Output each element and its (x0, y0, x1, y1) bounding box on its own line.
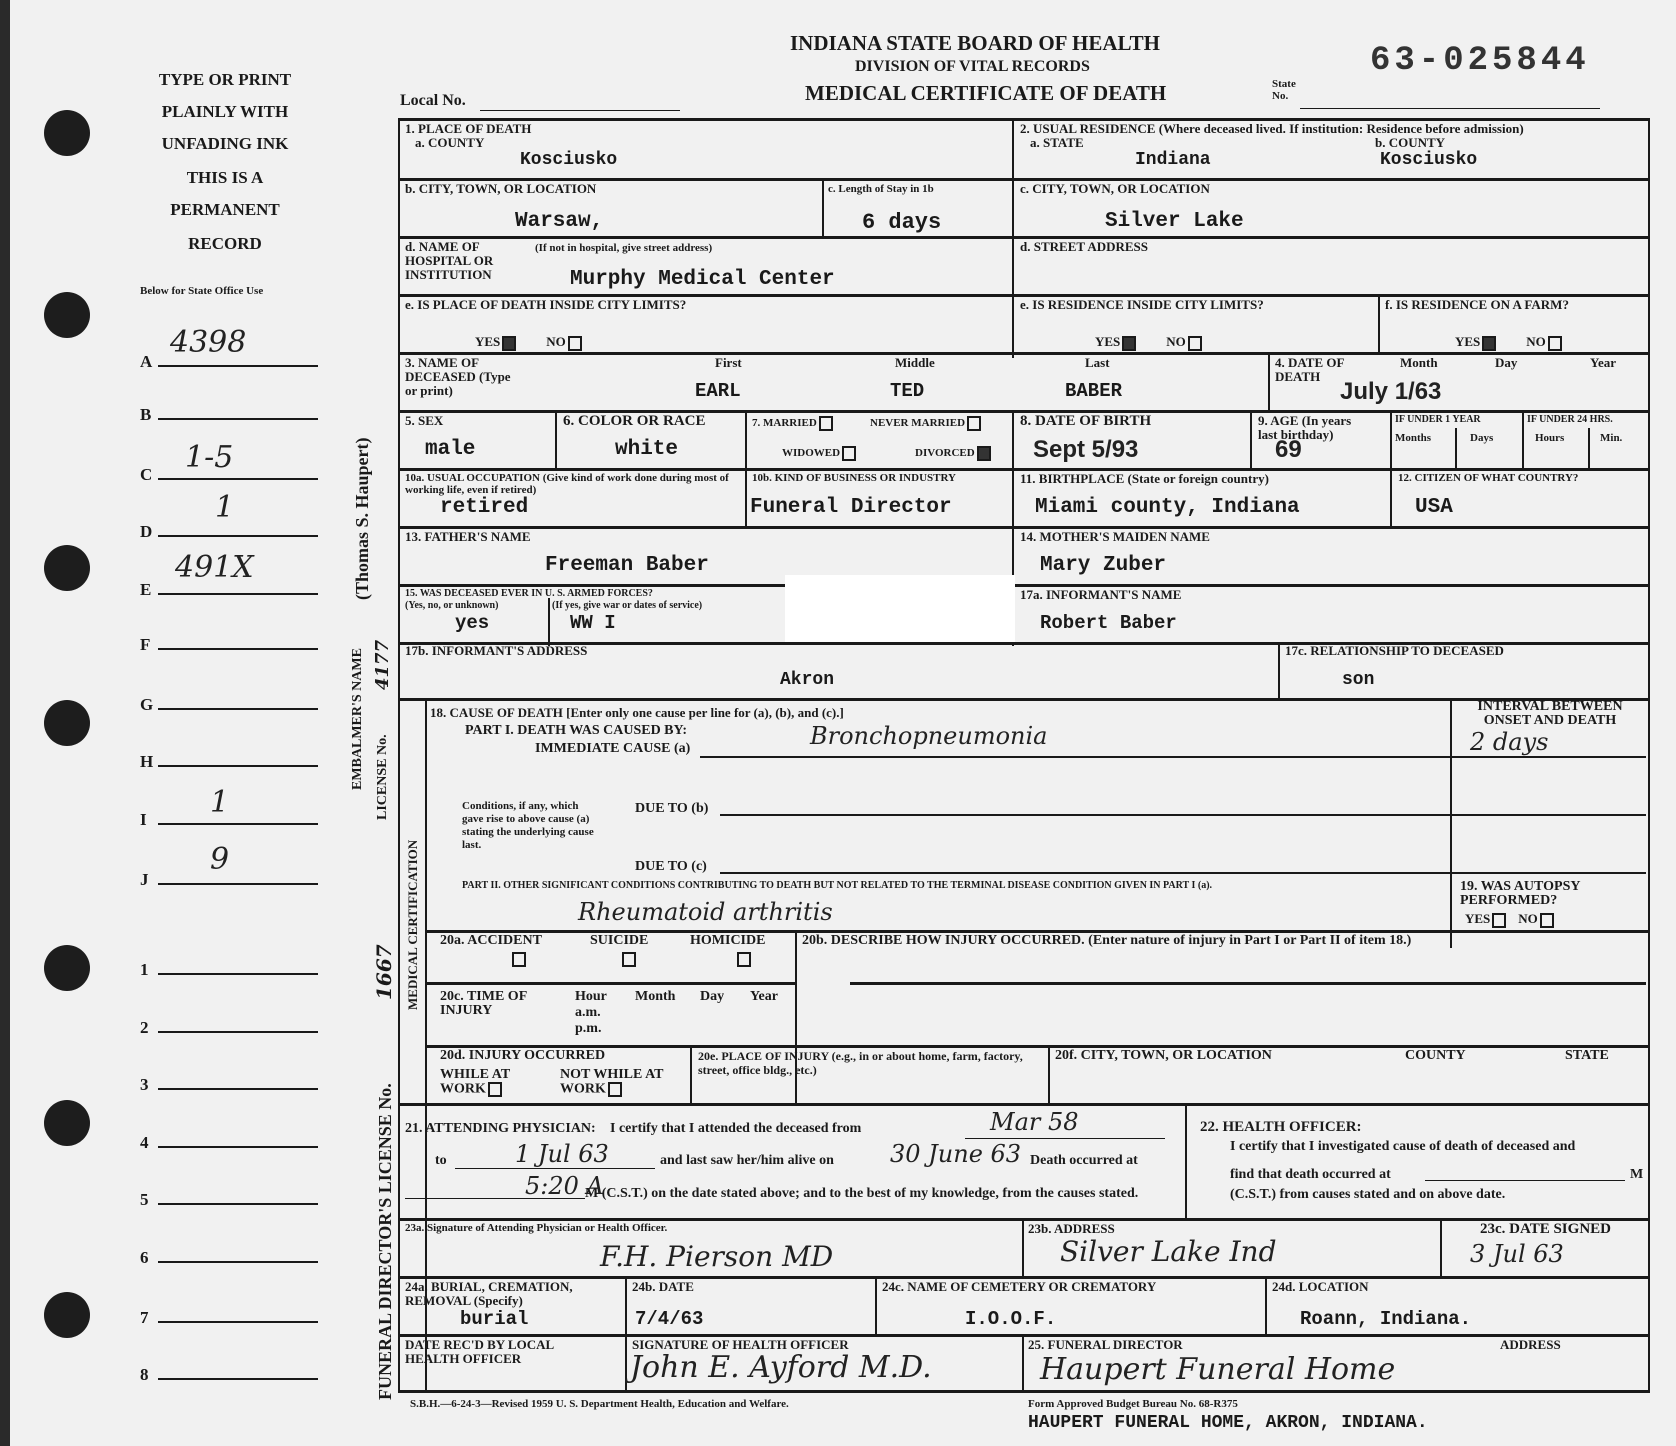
field-label: 24d. LOCATION (1272, 1280, 1369, 1294)
budget-bureau: Form Approved Budget Bureau No. 68-R375 (1028, 1398, 1238, 1410)
field-label: find that death occurred at (1230, 1168, 1391, 1182)
birthplace: Miami county, Indiana (1035, 496, 1300, 519)
field-label: 12. CITIZEN OF WHAT COUNTRY? (1398, 472, 1578, 484)
field-label: Middle (895, 356, 935, 370)
rule (398, 1334, 1650, 1337)
field-label: DUE TO (b) (635, 802, 708, 816)
code-line (158, 418, 318, 420)
residence-state: Indiana (1135, 150, 1211, 170)
field-label: IMMEDIATE CAUSE (a) (535, 742, 690, 756)
rule (1022, 1218, 1024, 1276)
rule (965, 1138, 1165, 1139)
rule (425, 982, 795, 985)
field-label: (Yes, no, or unknown) (405, 600, 498, 611)
autopsy-choice[interactable]: YESNO (1465, 912, 1554, 928)
local-no-label: Local No. (400, 94, 466, 108)
field-label: (If not in hospital, give street address… (535, 242, 712, 254)
interval: 2 days (1470, 728, 1548, 756)
field-label: Month (1400, 356, 1438, 370)
field-label: Month (635, 990, 675, 1004)
field-label: b. COUNTY (1375, 136, 1445, 150)
rule (1522, 410, 1524, 468)
field-label: c. CITY, TOWN, OR LOCATION (1020, 182, 1210, 196)
age: 69 (1275, 436, 1302, 464)
field-label: 8. DATE OF BIRTH (1020, 414, 1151, 428)
state-no-label: State No. (1272, 78, 1312, 102)
field-label: 3. NAME OF DECEASED (Type or print) (405, 356, 525, 398)
field-label: 18. CAUSE OF DEATH [Enter only one cause… (430, 706, 844, 720)
code-line (158, 365, 318, 367)
division-title: DIVISION OF VITAL RECORDS (855, 60, 1090, 74)
code-line (158, 883, 318, 885)
fd-license: 1667 (372, 944, 396, 1000)
relationship: son (1342, 670, 1374, 690)
field-label: a.m. (575, 1006, 601, 1020)
form-id: S.B.H.—6-24-3—Revised 1959 U. S. Departm… (410, 1398, 789, 1410)
rule (548, 598, 550, 646)
field-label: I certify that I attended the deceased f… (610, 1122, 861, 1136)
immediate-line (700, 756, 1450, 758)
field-label: 15. WAS DECEASED EVER IN U. S. ARMED FOR… (405, 588, 653, 599)
mother-name: Mary Zuber (1040, 554, 1166, 577)
war-service: WW I (570, 612, 616, 634)
field-label: Year (750, 990, 778, 1004)
field-label: a. STATE (1030, 136, 1084, 150)
rule (398, 1103, 1650, 1106)
stay-length: 6 days (862, 210, 941, 235)
field-label: 20d. INJURY OCCURRED (440, 1049, 605, 1063)
field-label: 20f. CITY, TOWN, OR LOCATION (1055, 1049, 1272, 1063)
redacted-area (785, 575, 1015, 645)
code-line (158, 1203, 318, 1205)
immediate-cause: Bronchopneumonia (810, 722, 1048, 750)
field-label: Day (1495, 356, 1517, 370)
state-office-label: Below for State Office Use (140, 285, 263, 297)
rule (1185, 1103, 1187, 1219)
rule (1250, 410, 1252, 468)
code-letter: E (140, 580, 151, 600)
rule (1268, 352, 1270, 410)
field-label: 20e. PLACE OF INJURY (e.g., in or about … (698, 1049, 1038, 1077)
instruction-line: TYPE OR PRINT (115, 70, 335, 90)
part2-conditions: Rheumatoid arthritis (578, 898, 833, 926)
rule (875, 1276, 877, 1334)
rule (1440, 1218, 1442, 1276)
rule (1265, 1276, 1267, 1334)
field-label: 1. PLACE OF DEATH (405, 122, 531, 136)
instruction-line: THIS IS A (115, 168, 335, 188)
hospital-name: Murphy Medical Center (570, 268, 835, 291)
field-label: Hour (575, 990, 607, 1004)
field-label: d. STREET ADDRESS (1020, 240, 1148, 254)
attended-to: 1 Jul 63 (515, 1140, 609, 1168)
rule (1022, 1334, 1024, 1390)
code-value: 4398 (170, 325, 246, 360)
burial-location: Roann, Indiana. (1300, 1308, 1471, 1330)
field-label: IF UNDER 1 YEAR (1395, 414, 1481, 425)
code-line (158, 478, 318, 480)
last-saw-date: 30 June 63 (890, 1140, 1021, 1168)
death-city: Warsaw, (515, 210, 603, 233)
rule (1588, 428, 1590, 468)
embalmer-license: 4177 (372, 640, 393, 690)
rule (745, 468, 747, 526)
middle-name: TED (890, 380, 924, 402)
instruction-line: RECORD (115, 234, 335, 254)
rule (1452, 756, 1646, 758)
code-letter: 3 (140, 1075, 149, 1095)
code-letter: D (140, 522, 152, 542)
field-label: Hours (1535, 432, 1564, 444)
field-label: DUE TO (c) (635, 860, 707, 874)
field-label: PART I. DEATH WAS CAUSED BY: (465, 724, 687, 738)
informant-name: Robert Baber (1040, 612, 1177, 634)
sex: male (425, 438, 475, 461)
field-label: HOMICIDE (690, 934, 765, 948)
field-label: 10b. KIND OF BUSINESS OR INDUSTRY (752, 472, 956, 484)
code-line (158, 1261, 318, 1263)
field-label: M (C.S.T.) on the date stated above; and… (585, 1184, 1185, 1204)
field-label: 17c. RELATIONSHIP TO DECEASED (1285, 644, 1504, 658)
agency-title: INDIANA STATE BOARD OF HEALTH (790, 32, 1160, 54)
field-label: SUICIDE (590, 934, 648, 948)
field-label: b. CITY, TOWN, OR LOCATION (405, 182, 596, 196)
date-signed: 3 Jul 63 (1470, 1240, 1564, 1268)
rule (1425, 1180, 1625, 1181)
field-label: d. NAME OF HOSPITAL OR INSTITUTION (405, 240, 525, 282)
citizenship: USA (1415, 496, 1453, 519)
rule (555, 410, 557, 468)
rule (398, 1218, 1650, 1221)
farm-yes[interactable]: YESNO (1455, 335, 1562, 351)
field-label: COUNTY (1405, 1049, 1466, 1063)
code-line (158, 1321, 318, 1323)
field-label: and last saw her/him alive on (660, 1154, 834, 1168)
due-b-line (720, 814, 1646, 816)
field-label: 25. FUNERAL DIRECTOR (1028, 1338, 1183, 1352)
business: Funeral Director (750, 496, 952, 519)
field-label: M (1630, 1168, 1643, 1182)
code-value: 1-5 (185, 440, 233, 475)
field-label: 6. COLOR OR RACE (563, 414, 706, 428)
field-label: 20b. DESCRIBE HOW INJURY OCCURRED. (Ente… (802, 934, 1411, 948)
field-label: f. IS RESIDENCE ON A FARM? (1385, 298, 1569, 312)
disposition: burial (460, 1308, 528, 1330)
while-at-work[interactable]: WHILE AT WORK (440, 1068, 550, 1097)
punch-hole (44, 1292, 90, 1338)
field-label: First (715, 356, 742, 370)
marital-never-married[interactable]: NEVER MARRIED (870, 416, 981, 431)
rule (850, 982, 1646, 985)
code-letter: 1 (140, 960, 149, 980)
code-line (158, 1031, 318, 1033)
race: white (615, 438, 678, 461)
code-line (158, 765, 318, 767)
due-c-line (720, 872, 1646, 874)
instruction-line: PLAINLY WITH (115, 102, 335, 122)
field-label: 22. HEALTH OFFICER: (1200, 1120, 1362, 1134)
accident-checkbox[interactable] (512, 952, 526, 967)
field-label: PART II. OTHER SIGNIFICANT CONDITIONS CO… (462, 880, 1212, 891)
field-label: p.m. (575, 1022, 601, 1036)
instruction-line: UNFADING INK (115, 134, 335, 154)
code-letter: 2 (140, 1018, 149, 1038)
form-border-left (398, 118, 400, 1393)
residence-county: Kosciusko (1380, 150, 1477, 170)
rule (1278, 642, 1280, 700)
death-date: July 1/63 (1340, 378, 1441, 406)
form-border-right (1648, 118, 1650, 1393)
birth-date: Sept 5/93 (1033, 436, 1138, 464)
code-letter: J (140, 870, 149, 890)
punch-hole (44, 700, 90, 746)
code-letter: 5 (140, 1190, 149, 1210)
field-label: 23a. Signature of Attending Physician or… (405, 1222, 667, 1234)
rule (690, 1045, 692, 1105)
field-label: 17a. INFORMANT'S NAME (1020, 588, 1181, 602)
field-label: 13. FATHER'S NAME (405, 530, 531, 544)
marital-married[interactable]: 7. MARRIED (752, 416, 833, 431)
field-label: 5. SEX (405, 414, 443, 428)
code-line (158, 593, 318, 595)
field-label: DATE REC'D BY LOCAL HEALTH OFFICER (405, 1338, 605, 1366)
physician-address: Silver Lake Ind (1060, 1235, 1277, 1268)
code-letter: 7 (140, 1308, 149, 1328)
health-officer-signature: John E. Ayford M.D. (630, 1350, 932, 1385)
rule (795, 930, 797, 1105)
punch-hole (44, 292, 90, 338)
cemetery: I.O.O.F. (965, 1308, 1056, 1330)
field-label: 20a. ACCIDENT (440, 934, 542, 948)
code-letter: 6 (140, 1248, 149, 1268)
armed-forces: yes (455, 612, 489, 634)
funeral-director-signature: Haupert Funeral Home (1040, 1352, 1395, 1387)
field-label: Year (1590, 356, 1616, 370)
attended-from: Mar 58 (990, 1108, 1079, 1136)
field-label: c. Length of Stay in 1b (828, 183, 934, 195)
field-label: 11. BIRTHPLACE (State or foreign country… (1020, 472, 1269, 486)
field-label: (If yes, give war or dates of service) (552, 600, 702, 611)
informant-address: Akron (780, 670, 834, 690)
field-label: Months (1395, 432, 1431, 444)
punch-hole (44, 945, 90, 991)
field-label: 24c. NAME OF CEMETERY OR CREMATORY (882, 1280, 1156, 1294)
rule (745, 410, 747, 468)
rule (1390, 410, 1392, 468)
inside-city-yes[interactable]: YESNO (475, 335, 582, 351)
rule (1012, 410, 1014, 468)
code-line (158, 648, 318, 650)
rule (425, 1045, 1650, 1048)
code-letter: G (140, 695, 153, 715)
code-letter: 8 (140, 1365, 149, 1385)
rule (1012, 468, 1014, 526)
field-label: 23c. DATE SIGNED (1480, 1222, 1611, 1236)
field-label: I certify that I investigated cause of d… (1230, 1140, 1575, 1154)
code-line (158, 1088, 318, 1090)
instruction-line: PERMANENT (115, 200, 335, 220)
rule (398, 1390, 1650, 1393)
rule (625, 1276, 627, 1334)
field-label: e. IS RESIDENCE INSIDE CITY LIMITS? (1020, 298, 1264, 312)
code-letter: 4 (140, 1133, 149, 1153)
code-value: 1 (215, 490, 234, 525)
rule (405, 1198, 585, 1199)
field-label: to (435, 1154, 447, 1168)
field-label: Death occurred at (1030, 1154, 1138, 1168)
last-name: BABER (1065, 380, 1122, 402)
field-label: 17b. INFORMANT'S ADDRESS (405, 644, 587, 658)
father-name: Freeman Baber (545, 554, 709, 577)
burial-date: 7/4/63 (635, 1308, 703, 1330)
rule (1378, 294, 1380, 352)
code-letter: B (140, 405, 151, 425)
field-label: 20c. TIME OF INJURY (440, 990, 550, 1018)
code-value: 9 (210, 842, 229, 877)
field-label: 10a. USUAL OCCUPATION (Give kind of work… (405, 472, 740, 496)
physician-signature: F.H. Pierson MD (600, 1240, 833, 1273)
code-line (158, 1378, 318, 1380)
field-label: 24b. DATE (632, 1280, 694, 1294)
field-label: 19. WAS AUTOPSY PERFORMED? (1460, 880, 1640, 908)
state-no: 63-025844 (1370, 42, 1590, 80)
funeral-home-stamp: HAUPERT FUNERAL HOME, AKRON, INDIANA. (1028, 1413, 1428, 1433)
field-label: e. IS PLACE OF DEATH INSIDE CITY LIMITS? (405, 298, 686, 312)
marital-widowed[interactable]: WIDOWED (782, 446, 856, 461)
code-line (158, 708, 318, 710)
punch-hole (44, 545, 90, 591)
code-letter: F (140, 635, 150, 655)
suicide-checkbox[interactable] (622, 952, 636, 967)
punch-hole (44, 1100, 90, 1146)
field-label: 14. MOTHER'S MAIDEN NAME (1020, 530, 1210, 544)
field-label: (C.S.T.) from causes stated and on above… (1230, 1188, 1505, 1202)
rule (1390, 468, 1392, 526)
first-name: EARL (695, 380, 741, 402)
embalmer-label: EMBALMER'S NAME (350, 648, 366, 790)
field-label: 2. USUAL RESIDENCE (Where deceased lived… (1020, 122, 1524, 136)
field-label: INTERVAL BETWEEN ONSET AND DEATH (1455, 700, 1645, 728)
embalmer-license-label: LICENSE No. (375, 734, 391, 820)
rule (625, 1334, 627, 1390)
punch-hole (44, 110, 90, 156)
field-label: 9. AGE (In years last birthday) (1258, 414, 1353, 442)
field-label: Min. (1600, 432, 1622, 444)
residence-city-yes[interactable]: YESNO (1095, 335, 1202, 351)
field-label: Last (1085, 356, 1110, 370)
rule (455, 1168, 655, 1169)
fd-license-label: FUNERAL DIRECTOR'S LICENSE No. (375, 1083, 396, 1400)
local-no-line (480, 110, 680, 111)
marital-divorced[interactable]: DIVORCED (915, 446, 991, 461)
field-label: 24a. BURIAL, CREMATION, REMOVAL (Specify… (405, 1280, 595, 1308)
code-line (158, 823, 318, 825)
state-no-line (1300, 108, 1600, 109)
code-letter: I (140, 810, 147, 830)
medical-certification-label: MEDICAL CERTIFICATION (405, 840, 421, 1010)
code-letter: H (140, 752, 153, 772)
code-line (158, 973, 318, 975)
rule (822, 178, 824, 236)
field-label: ADDRESS (1500, 1338, 1561, 1352)
code-line (158, 1146, 318, 1148)
code-value: 1 (210, 785, 229, 820)
field-label: 23b. ADDRESS (1028, 1222, 1115, 1236)
code-letter: A (140, 352, 152, 372)
field-label: Conditions, if any, which gave rise to a… (462, 800, 602, 852)
rule (398, 352, 1650, 355)
residence-city: Silver Lake (1105, 210, 1244, 233)
rule (1048, 1045, 1050, 1105)
rule (1450, 698, 1452, 948)
code-value: 491X (175, 550, 254, 585)
not-while-at-work[interactable]: NOT WHILE AT WORK (560, 1068, 690, 1097)
field-label: 21. ATTENDING PHYSICIAN: (405, 1122, 596, 1136)
page-title: MEDICAL CERTIFICATE OF DEATH (805, 82, 1166, 104)
homicide-checkbox[interactable] (737, 952, 751, 967)
rule (1455, 428, 1457, 468)
field-label: Day (700, 990, 724, 1004)
field-label: STATE (1565, 1049, 1609, 1063)
field-label: a. COUNTY (415, 136, 484, 150)
field-label: IF UNDER 24 HRS. (1527, 414, 1613, 425)
death-county: Kosciusko (520, 150, 617, 170)
field-label: Days (1470, 432, 1493, 444)
death-certificate: INDIANA STATE BOARD OF HEALTH DIVISION O… (0, 0, 1676, 1446)
occupation: retired (440, 496, 528, 519)
scan-edge (0, 0, 10, 1446)
code-line (158, 535, 318, 537)
code-letter: C (140, 465, 152, 485)
embalmer-name: (Thomas S. Haupert) (352, 437, 373, 600)
